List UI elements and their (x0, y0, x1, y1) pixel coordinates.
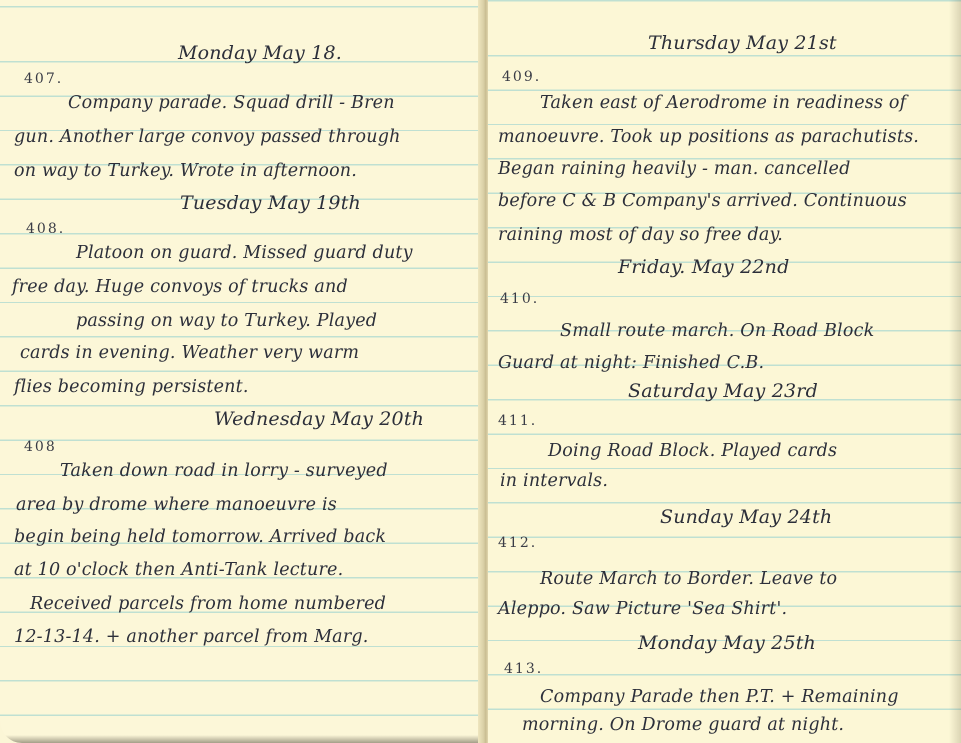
entry-line: 12-13-14. + another parcel from Marg. (14, 620, 369, 654)
entry-line: Began raining heavily - man. cancelled (498, 152, 851, 186)
entry-line: Doing Road Block. Played cards (548, 434, 837, 468)
entry-heading: Monday May 25th (638, 626, 816, 660)
page-edge-shadow (949, 0, 961, 743)
entry-line: passing on way to Turkey. Played (76, 304, 377, 338)
entry-heading: Monday May 18. (178, 36, 342, 70)
entry-number: 412. (498, 526, 537, 560)
page-bottom-shadow (0, 735, 484, 743)
entry-heading: Wednesday May 20th (214, 402, 424, 436)
entry-line: raining most of day so free day. (498, 218, 783, 252)
entry-line: Platoon on guard. Missed guard duty (76, 236, 413, 270)
entry-line: Route March to Border. Leave to (540, 562, 837, 596)
entry-line: in intervals. (500, 464, 608, 498)
entry-line: flies becoming persistent. (14, 370, 249, 404)
entry-number: 413. (504, 652, 543, 686)
entry-line: manoeuvre. Took up positions as parachut… (498, 120, 919, 154)
entry-line: Taken east of Aerodrome in readiness of (540, 86, 906, 120)
entry-heading: Saturday May 23rd (628, 374, 818, 408)
entry-line: free day. Huge convoys of trucks and (12, 270, 348, 304)
entry-heading: Thursday May 21st (648, 26, 837, 60)
right-page: Thursday May 21st 409. Taken east of Aer… (488, 0, 961, 743)
entry-line: cards in evening. Weather very warm (20, 336, 359, 370)
entry-line: area by drome where manoeuvre is (16, 488, 337, 522)
entry-line: Company parade. Squad drill - Bren (68, 86, 395, 120)
entry-heading: Friday. May 22nd (618, 250, 789, 284)
diary-spread: Monday May 18. 407. Company parade. Squa… (0, 0, 961, 743)
entry-number: 410. (500, 282, 539, 316)
entry-number: 407. (24, 62, 63, 96)
entry-number: 408 (24, 430, 57, 464)
entry-line: Aleppo. Saw Picture 'Sea Shirt'. (498, 592, 787, 626)
entry-line: at 10 o'clock then Anti-Tank lecture. (14, 553, 343, 587)
entry-line: Small route march. On Road Block (560, 314, 874, 348)
entry-heading: Sunday May 24th (660, 500, 832, 534)
entry-heading: Tuesday May 19th (180, 186, 361, 220)
entry-line: before C & B Company's arrived. Continuo… (498, 184, 907, 218)
entry-line: morning. On Drome guard at night. (522, 708, 844, 742)
entry-line: gun. Another large convoy passed through (14, 120, 401, 154)
entry-line: on way to Turkey. Wrote in afternoon. (14, 154, 357, 188)
entry-number: 411. (498, 404, 537, 438)
entry-line: Received parcels from home numbered (30, 587, 386, 621)
entry-line: Taken down road in lorry - surveyed (60, 454, 388, 488)
entry-number: 409. (502, 60, 541, 94)
left-page: Monday May 18. 407. Company parade. Squa… (0, 0, 484, 743)
entry-line: begin being held tomorrow. Arrived back (14, 520, 386, 554)
entry-number: 408. (26, 212, 65, 246)
